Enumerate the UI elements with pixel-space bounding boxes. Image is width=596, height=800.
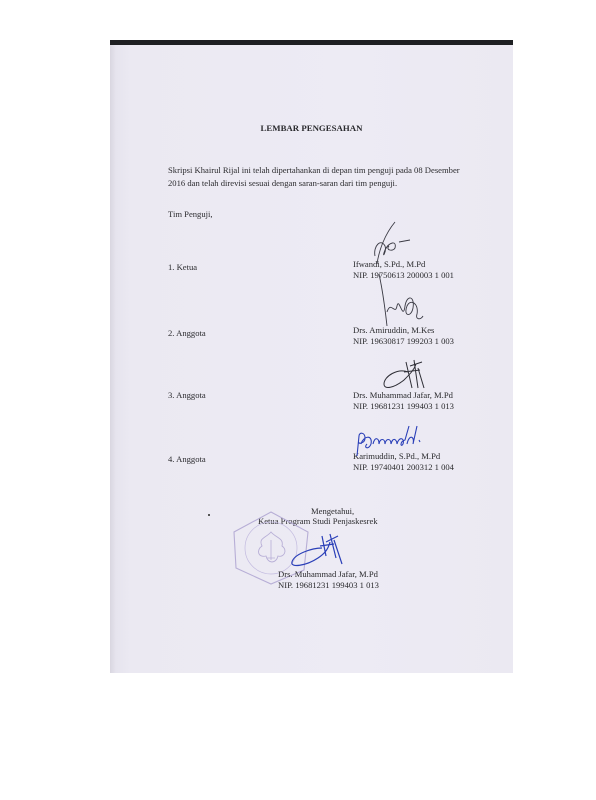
examiner-nip: NIP. 19740401 200312 1 004 xyxy=(353,462,454,473)
examiner-role: 2. Anggota xyxy=(168,328,206,339)
paragraph-line: Skripsi Khairul Rijal ini telah dipertah… xyxy=(168,164,468,177)
signature-icon xyxy=(375,272,425,330)
examiner-nip: NIP. 19630817 199203 1 003 xyxy=(353,336,454,347)
scan-speck xyxy=(208,514,210,516)
scanned-document-page: LEMBAR PENGESAHAN Skripsi Khairul Rijal … xyxy=(110,40,513,673)
examiner-nip: NIP. 19681231 199403 1 013 xyxy=(353,401,454,412)
examiner-role: 1. Ketua xyxy=(168,262,197,273)
scan-edge-bar xyxy=(110,40,513,45)
document-title: LEMBAR PENGESAHAN xyxy=(110,123,513,133)
signature-icon xyxy=(378,358,428,392)
paragraph-line: 2016 dan telah direvisi sesuai dengan sa… xyxy=(168,177,468,190)
tim-penguji-label: Tim Penguji, xyxy=(168,209,213,220)
approval-nip: NIP. 19681231 199403 1 013 xyxy=(278,580,379,591)
examiner-role: 3. Anggota xyxy=(168,390,206,401)
approval-name: Drs. Muhammad Jafar, M.Pd xyxy=(278,569,378,580)
signature-icon xyxy=(353,422,423,458)
signature-icon xyxy=(286,530,350,570)
intro-paragraph: Skripsi Khairul Rijal ini telah dipertah… xyxy=(168,164,468,190)
signature-icon xyxy=(355,220,415,270)
examiner-role: 4. Anggota xyxy=(168,454,206,465)
